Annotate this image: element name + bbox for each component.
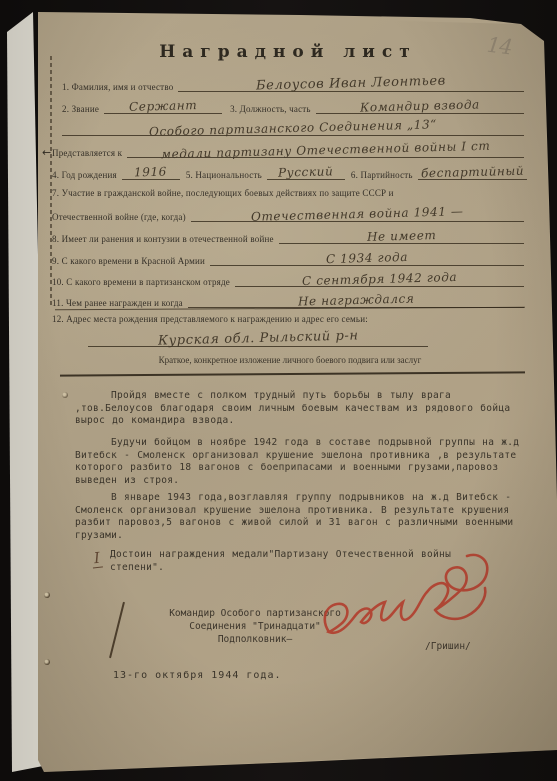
field-nationality-label: 5. Национальность	[180, 170, 267, 180]
field-submitted-for: Представляется к медали партизану Отечес…	[52, 143, 524, 158]
signature-line2: Соединения "Тринадцати"	[125, 620, 385, 633]
body-paragraph-1: Пройдя вместе с полком трудный путь борь…	[75, 390, 525, 428]
field-birthyear-value: 1916	[122, 165, 180, 180]
field-nationality-value: Русский	[267, 165, 345, 180]
field-address-value: Курская обл. Рыльский р-н	[88, 331, 428, 347]
signature-line1: Командир Особого партизанского	[125, 607, 385, 620]
body-paragraph-4-line1: Достоин награждения медали"Партизану Оте…	[110, 549, 540, 562]
field-rank-label: 2. Звание	[62, 104, 104, 114]
field-name-label: 1. Фамилия, имя и отчество	[62, 82, 178, 92]
field-unit-value: Особого партизанского Соединения „13“	[62, 121, 524, 136]
body-paragraph-3: В январе 1943 года,возглавляя группу под…	[75, 492, 530, 542]
summary-caption: Краткое, конкретное изложение личного бо…	[80, 355, 500, 365]
field-submitted-value: медали партизану Отечественной войны I с…	[127, 143, 524, 158]
field-address-value-row: Курская обл. Рыльский р-н	[88, 331, 428, 347]
field-duty-value: Командир взвода	[316, 99, 524, 114]
handwritten-degree-numeral: I	[91, 549, 103, 569]
field-address-label-row: 12. Адрес места рождения представляемого…	[52, 314, 524, 324]
field-wounds-label: 8. Имеет ли ранения и контузии в отечест…	[52, 234, 279, 244]
field-participation-label2: Отечественной войне (где, когда)	[52, 212, 191, 222]
field-red-army-value: С 1934 года	[210, 251, 524, 266]
field-participation-value: Отечественная война 1941 —	[191, 207, 524, 222]
field-partisan-value: С сентября 1942 года	[235, 272, 524, 287]
field-wounds-value: Не имеет	[279, 229, 524, 244]
field-party-value: беспартийный	[418, 165, 527, 180]
field-participation-line2: Отечественной войне (где, когда) Отечест…	[52, 207, 524, 222]
field-name-value: Белоусов Иван Леонтьев	[178, 76, 524, 92]
binding-stitch-line	[50, 56, 52, 306]
signature-line3: Подполковник—	[125, 633, 385, 646]
punch-hole	[44, 659, 50, 665]
field-previous-awards-label: 11. Чем ранее награжден и когда	[52, 298, 188, 308]
field-birth-nationality-party: 4. Год рождения 1916 5. Национальность Р…	[52, 165, 524, 180]
signature-block: Командир Особого партизанского Соединени…	[125, 607, 385, 646]
field-previous-awards-value: Не награждался	[188, 293, 524, 308]
date-line: 13-го октября 1944 года.	[113, 670, 282, 681]
punch-hole	[62, 392, 68, 398]
signature-name: /Гришин/	[425, 641, 471, 652]
field-party-label: 6. Партийность	[345, 170, 418, 180]
field-red-army-label: 9. С какого времени в Красной Армии	[52, 256, 210, 266]
field-rank-value: Сержант	[104, 99, 222, 114]
body-paragraph-4-line2: степени".	[110, 562, 310, 575]
punch-hole	[44, 592, 50, 598]
field-partisan-label: 10. С какого времени в партизанском отря…	[52, 277, 235, 287]
field-address-label: 12. Адрес места рождения представляемого…	[52, 314, 373, 324]
scanned-document: 14 Наградной лист 1. Фамилия, имя и отче…	[0, 0, 557, 781]
field-red-army-since: 9. С какого времени в Красной Армии С 19…	[52, 251, 524, 266]
field-name: 1. Фамилия, имя и отчество Белоусов Иван…	[62, 76, 524, 92]
body-paragraph-2: Будучи бойцом в ноябре 1942 года в соста…	[75, 437, 525, 487]
field-wounds: 8. Имеет ли ранения и контузии в отечест…	[52, 229, 524, 244]
field-partisan-since: 10. С какого времени в партизанском отря…	[52, 272, 524, 287]
field-previous-awards: 11. Чем ранее награжден и когда Не награ…	[52, 293, 524, 308]
field-unit: Особого партизанского Соединения „13“	[62, 121, 524, 136]
field-submitted-label: Представляется к	[52, 148, 127, 158]
field-participation-line1: 7. Участие в гражданской войне, последую…	[52, 188, 524, 198]
document-title: Наградной лист	[38, 42, 538, 62]
field-participation-label1: 7. Участие в гражданской войне, последую…	[52, 188, 399, 198]
margin-arrow-mark: ←	[42, 146, 51, 159]
field-birthyear-label: 4. Год рождения	[52, 170, 122, 180]
field-rank-duty: 2. Звание Сержант 3. Должность, часть Ко…	[62, 99, 524, 114]
field-duty-label: 3. Должность, часть	[222, 104, 316, 114]
